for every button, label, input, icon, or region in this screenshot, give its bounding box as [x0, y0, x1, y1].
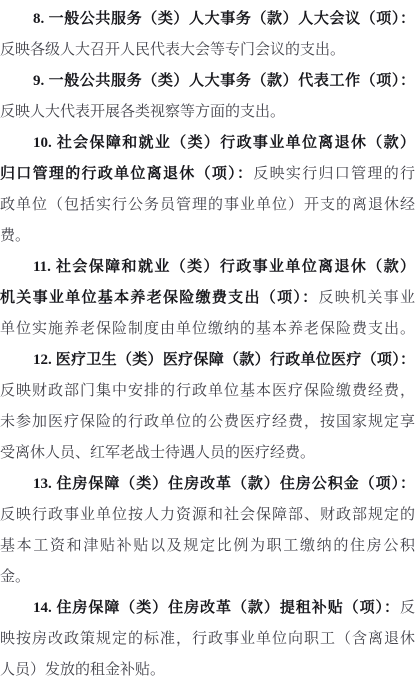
doc-line: 单位实施养老保险制度由单位缴纳的基本养老保险费支出。	[0, 314, 415, 345]
clause-body-text: 反	[400, 600, 415, 616]
doc-line: 政单位（包括实行公务员管理的事业单位）开支的离退休经	[0, 190, 415, 221]
clause-body-text: 金。	[0, 569, 30, 585]
doc-line: 映按房改政策规定的标准，行政事业单位向职工（含离退休	[0, 624, 415, 655]
paragraph-10: 10. 社会保障和就业（类）行政事业单位离退休（款） 归口管理的行政单位离退休（…	[0, 128, 415, 252]
doc-line: 反映人大代表开展各类视察等方面的支出。	[0, 97, 415, 128]
doc-line: 反映行政事业单位按人力资源和社会保障部、财政部规定的	[0, 500, 415, 531]
clause-body-text: 反映机关事业	[318, 290, 415, 306]
document-page: 8. 一般公共服务（类）人大事务（款）人大会议（项）： 反映各级人大召开人民代表…	[0, 0, 415, 685]
clause-body-text: 反映财政部门集中安排的行政单位基本医疗保险缴费经费，	[0, 383, 415, 399]
clause-body-text: 基本工资和津贴补贴以及规定比例为职工缴纳的住房公积	[0, 538, 415, 554]
doc-line: 12. 医疗卫生（类）医疗保障（款）行政单位医疗（项）：	[0, 345, 415, 376]
doc-line: 未参加医疗保险的行政单位的公费医疗经费，按国家规定享	[0, 407, 415, 438]
clause-body-text: 反映实行归口管理的行	[253, 166, 415, 182]
clause-body-text: 费。	[0, 228, 30, 244]
clause-heading-text: 12. 医疗卫生（类）医疗保障（款）行政单位医疗（项）：	[33, 352, 415, 368]
doc-line: 费。	[0, 221, 415, 252]
doc-line: 归口管理的行政单位离退休（项）：反映实行归口管理的行	[0, 159, 415, 190]
clause-heading-text: 10. 社会保障和就业（类）行政事业单位离退休（款）	[33, 135, 415, 151]
clause-body-text: 人员）发放的租金补贴。	[0, 662, 165, 678]
doc-line: 9. 一般公共服务（类）人大事务（款）代表工作（项）：	[0, 66, 415, 97]
paragraph-13: 13. 住房保障（类）住房改革（款）住房公积金（项）： 反映行政事业单位按人力资…	[0, 469, 415, 593]
doc-line: 金。	[0, 562, 415, 593]
clause-heading-text: 13. 住房保障（类）住房改革（款）住房公积金（项）：	[33, 476, 415, 492]
doc-line: 13. 住房保障（类）住房改革（款）住房公积金（项）：	[0, 469, 415, 500]
doc-line: 受离休人员、红军老战士待遇人员的医疗经费。	[0, 438, 415, 469]
doc-line: 8. 一般公共服务（类）人大事务（款）人大会议（项）：	[0, 4, 415, 35]
clause-body-text: 反映行政事业单位按人力资源和社会保障部、财政部规定的	[0, 507, 415, 523]
paragraph-12: 12. 医疗卫生（类）医疗保障（款）行政单位医疗（项）： 反映财政部门集中安排的…	[0, 345, 415, 469]
doc-line: 14. 住房保障（类）住房改革（款）提租补贴（项）：反	[0, 593, 415, 624]
clause-body-text: 未参加医疗保险的行政单位的公费医疗经费，按国家规定享	[0, 414, 415, 430]
clause-body-text: 反映各级人大召开人民代表大会等专门会议的支出。	[0, 42, 345, 58]
doc-line: 反映各级人大召开人民代表大会等专门会议的支出。	[0, 35, 415, 66]
clause-body-text: 单位实施养老保险制度由单位缴纳的基本养老保险费支出。	[0, 321, 415, 337]
clause-heading-text: 9. 一般公共服务（类）人大事务（款）代表工作（项）：	[33, 73, 415, 89]
doc-line: 10. 社会保障和就业（类）行政事业单位离退休（款）	[0, 128, 415, 159]
clause-body-text: 反映人大代表开展各类视察等方面的支出。	[0, 104, 285, 120]
clause-heading-text: 归口管理的行政单位离退休（项）：	[0, 166, 253, 182]
clause-heading-text: 11. 社会保障和就业（类）行政事业单位离退休（款）	[33, 259, 415, 275]
clause-body-text: 映按房改政策规定的标准，行政事业单位向职工（含离退休	[0, 631, 415, 647]
clause-heading-text: 14. 住房保障（类）住房改革（款）提租补贴（项）：	[33, 600, 400, 616]
doc-line: 反映财政部门集中安排的行政单位基本医疗保险缴费经费，	[0, 376, 415, 407]
doc-line: 机关事业单位基本养老保险缴费支出（项）：反映机关事业	[0, 283, 415, 314]
doc-line: 11. 社会保障和就业（类）行政事业单位离退休（款）	[0, 252, 415, 283]
paragraph-9: 9. 一般公共服务（类）人大事务（款）代表工作（项）： 反映人大代表开展各类视察…	[0, 66, 415, 128]
paragraph-11: 11. 社会保障和就业（类）行政事业单位离退休（款） 机关事业单位基本养老保险缴…	[0, 252, 415, 345]
clause-heading-text: 机关事业单位基本养老保险缴费支出（项）：	[0, 290, 318, 306]
clause-body-text: 政单位（包括实行公务员管理的事业单位）开支的离退休经	[0, 197, 415, 213]
clause-body-text: 受离休人员、红军老战士待遇人员的医疗经费。	[0, 445, 315, 461]
doc-line: 基本工资和津贴补贴以及规定比例为职工缴纳的住房公积	[0, 531, 415, 562]
paragraph-14: 14. 住房保障（类）住房改革（款）提租补贴（项）：反 映按房改政策规定的标准，…	[0, 593, 415, 685]
paragraph-8: 8. 一般公共服务（类）人大事务（款）人大会议（项）： 反映各级人大召开人民代表…	[0, 4, 415, 66]
doc-line: 人员）发放的租金补贴。	[0, 655, 415, 685]
clause-heading-text: 8. 一般公共服务（类）人大事务（款）人大会议（项）：	[33, 11, 415, 27]
